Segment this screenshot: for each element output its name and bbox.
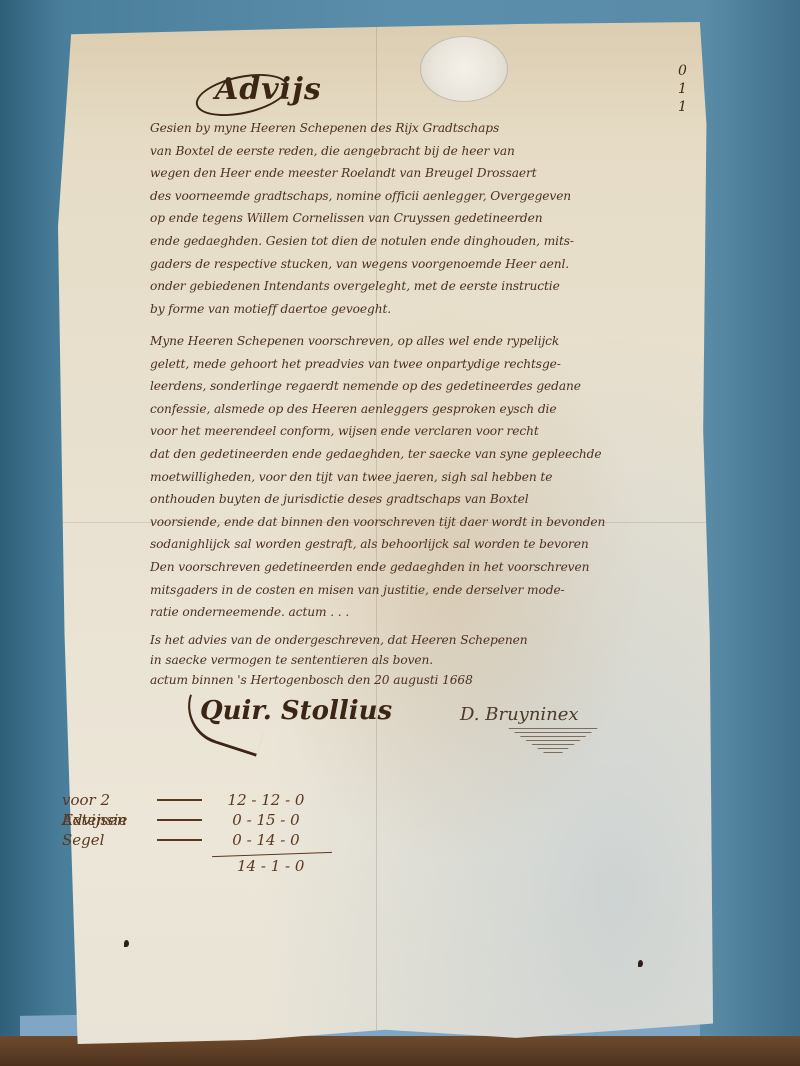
ink-blot <box>638 960 643 967</box>
fee-amount: 0 - 14 - 0 <box>216 830 316 850</box>
text-line: in saecke vermogen te sententieren als b… <box>150 650 610 670</box>
text-line: dat den gedetineerden ende gedaeghden, t… <box>150 443 610 466</box>
text-line: sodanighlijck sal worden gestraft, als b… <box>150 533 610 556</box>
fee-row: Segel 0 - 14 - 0 <box>62 830 332 850</box>
ink-blot <box>124 940 129 947</box>
text-line: by forme van motieff daertoe gevoeght. <box>150 298 610 321</box>
text-line: voor het meerendeel conform, wijsen ende… <box>150 420 610 443</box>
fee-amount: 0 - 15 - 0 <box>216 810 316 830</box>
text-line: Gesien by myne Heeren Schepenen des Rijx… <box>150 117 610 140</box>
text-line: confessie, alsmede op des Heeren aenlegg… <box>150 398 610 421</box>
margin-note: 0 1 1 <box>678 62 698 116</box>
fee-label: voor 2 Advijsen <box>62 790 157 810</box>
signature-right: D. Bruyninex <box>460 704 579 725</box>
fee-dash <box>157 790 202 801</box>
document-heading: Advijs <box>215 72 322 107</box>
text-line: des voorneemde gradtschaps, nomine offic… <box>150 185 610 208</box>
fee-label: Segel <box>62 830 157 850</box>
text-line: leerdens, sonderlinge regaerdt nemende o… <box>150 375 610 398</box>
fee-amount: 12 - 12 - 0 <box>216 790 316 810</box>
text-line: Den voorschreven gedetineerden ende geda… <box>150 556 610 579</box>
fee-row: Extensie 0 - 15 - 0 <box>62 810 332 830</box>
text-line: onthouden buyten de jurisdictie deses gr… <box>150 488 610 511</box>
text-line: ende gedaeghden. Gesien tot dien de notu… <box>150 230 610 253</box>
paragraph-considerations: Gesien by myne Heeren Schepenen des Rijx… <box>150 117 610 320</box>
text-line: onder gebiedenen Intendants overgeleght,… <box>150 275 610 298</box>
paper-seal-embossing <box>420 36 508 102</box>
fee-dash <box>157 810 202 821</box>
paragraph-verdict: Myne Heeren Schepenen voorschreven, op a… <box>150 330 610 624</box>
text-line: Myne Heeren Schepenen voorschreven, op a… <box>150 330 610 353</box>
fees-tally: voor 2 Advijsen 12 - 12 - 0 Extensie 0 -… <box>62 790 332 877</box>
fee-total: 14 - 1 - 0 <box>237 855 332 877</box>
signature-left: Quir. Stollius <box>200 696 392 726</box>
text-line: wegen den Heer ende meester Roelandt van… <box>150 162 610 185</box>
fee-label: Extensie <box>62 810 157 830</box>
text-line: van Boxtel de eerste reden, die aengebra… <box>150 140 610 163</box>
text-line: Is het advies van de ondergeschreven, da… <box>150 630 610 650</box>
text-line: op ende tegens Willem Cornelissen van Cr… <box>150 207 610 230</box>
text-line: voorsiende, ende dat binnen den voorschr… <box>150 511 610 534</box>
text-line: mitsgaders in de costen en misen van jus… <box>150 579 610 602</box>
fee-row: voor 2 Advijsen 12 - 12 - 0 <box>62 790 332 810</box>
text-line: moetwilligheden, voor den tijt van twee … <box>150 466 610 489</box>
paragraph-advice-conclusion: Is het advies van de ondergeschreven, da… <box>150 630 610 690</box>
signature-right-text: D. Bruyninex <box>460 704 579 725</box>
fee-dash <box>157 830 202 841</box>
text-line: gelett, mede gehoort het preadvies van t… <box>150 353 610 376</box>
text-line-date: actum binnen 's Hertogenbosch den 20 aug… <box>150 670 610 690</box>
text-line: gaders de respective stucken, van wegens… <box>150 253 610 276</box>
text-line: ratie onderneemende. actum . . . <box>150 601 610 624</box>
